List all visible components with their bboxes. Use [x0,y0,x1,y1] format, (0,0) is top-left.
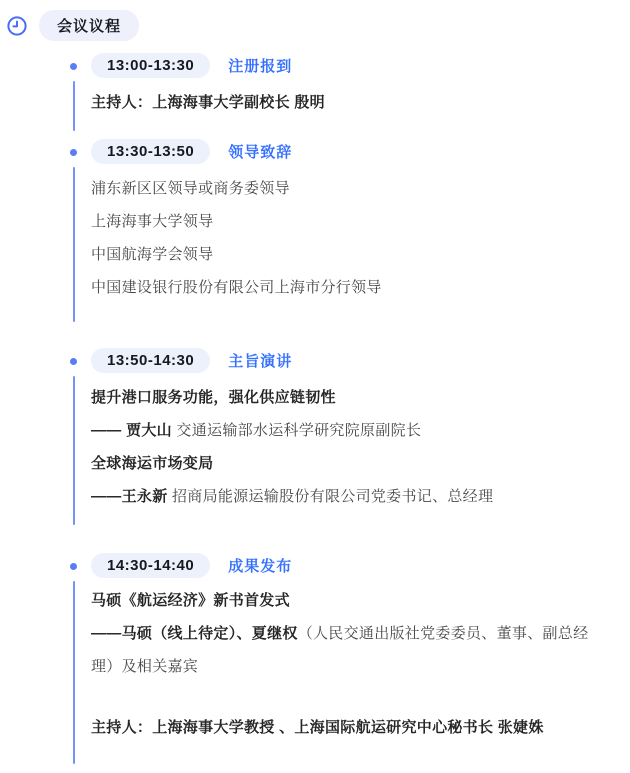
session-opening-remarks: 13:30-13:50 领导致辞 浦东新区区领导或商务委领导 上海海事大学领导 … [74,139,602,322]
timeline-dot [70,563,77,570]
session-header: 14:30-14:40 成果发布 [91,553,602,578]
session-body: 马硕《航运经济》新书首发式 ——马硕（线上待定）、夏继权（人民交通出版社党委委员… [91,578,602,744]
agenda-line: 上海海事大学领导 [91,205,602,238]
session-time: 14:30-14:40 [91,553,210,578]
session-time: 13:50-14:30 [91,348,210,373]
session-time: 13:30-13:50 [91,139,210,164]
session-header: 13:30-13:50 领导致辞 [91,139,602,164]
agenda-timeline: 13:00-13:30 注册报到 主持人：上海海事大学副校长 殷明 13:30-… [74,53,602,764]
timeline-dot [70,149,77,156]
agenda-line: ——王永新 招商局能源运输股份有限公司党委书记、总经理 [91,480,602,513]
session-title: 主旨演讲 [228,350,292,371]
agenda-line: 马硕《航运经济》新书首发式 [91,584,602,617]
timeline-dot [70,358,77,365]
session-body: 提升港口服务功能，强化供应链韧性 —— 贾大山 交通运输部水运科学研究院原副院长… [91,373,602,513]
agenda-line: 中国航海学会领导 [91,238,602,271]
clock-icon [6,15,28,37]
session-body: 浦东新区区领导或商务委领导 上海海事大学领导 中国航海学会领导 中国建设银行股份… [91,164,602,304]
agenda-line-host: 主持人：上海海事大学教授 、上海国际航运研究中心秘书长 张婕姝 [91,711,602,744]
agenda-line: ——马硕（线上待定）、夏继权（人民交通出版社党委委员、董事、副总经理）及相关嘉宾 [91,617,602,683]
agenda-line: 主持人：上海海事大学副校长 殷明 [91,86,602,119]
session-body: 主持人：上海海事大学副校长 殷明 [91,78,602,119]
agenda-line: 提升港口服务功能，强化供应链韧性 [91,381,602,414]
session-registration: 13:00-13:30 注册报到 主持人：上海海事大学副校长 殷明 [74,53,602,131]
session-header: 13:50-14:30 主旨演讲 [91,348,602,373]
session-title: 领导致辞 [228,141,292,162]
session-title: 注册报到 [228,55,292,76]
agenda-line: 浦东新区区领导或商务委领导 [91,172,602,205]
session-header: 13:00-13:30 注册报到 [91,53,602,78]
session-release: 14:30-14:40 成果发布 马硕《航运经济》新书首发式 ——马硕（线上待定… [74,553,602,764]
agenda-line: —— 贾大山 交通运输部水运科学研究院原副院长 [91,414,602,447]
page-title: 会议议程 [39,10,139,41]
agenda-line: 中国建设银行股份有限公司上海市分行领导 [91,271,602,304]
agenda-page: 会议议程 13:00-13:30 注册报到 主持人：上海海事大学副校长 殷明 1… [0,0,630,764]
agenda-line: 全球海运市场变局 [91,447,602,480]
timeline-dot [70,63,77,70]
session-title: 成果发布 [228,555,292,576]
session-keynote: 13:50-14:30 主旨演讲 提升港口服务功能，强化供应链韧性 —— 贾大山… [74,348,602,525]
page-header: 会议议程 [6,10,630,41]
session-time: 13:00-13:30 [91,53,210,78]
